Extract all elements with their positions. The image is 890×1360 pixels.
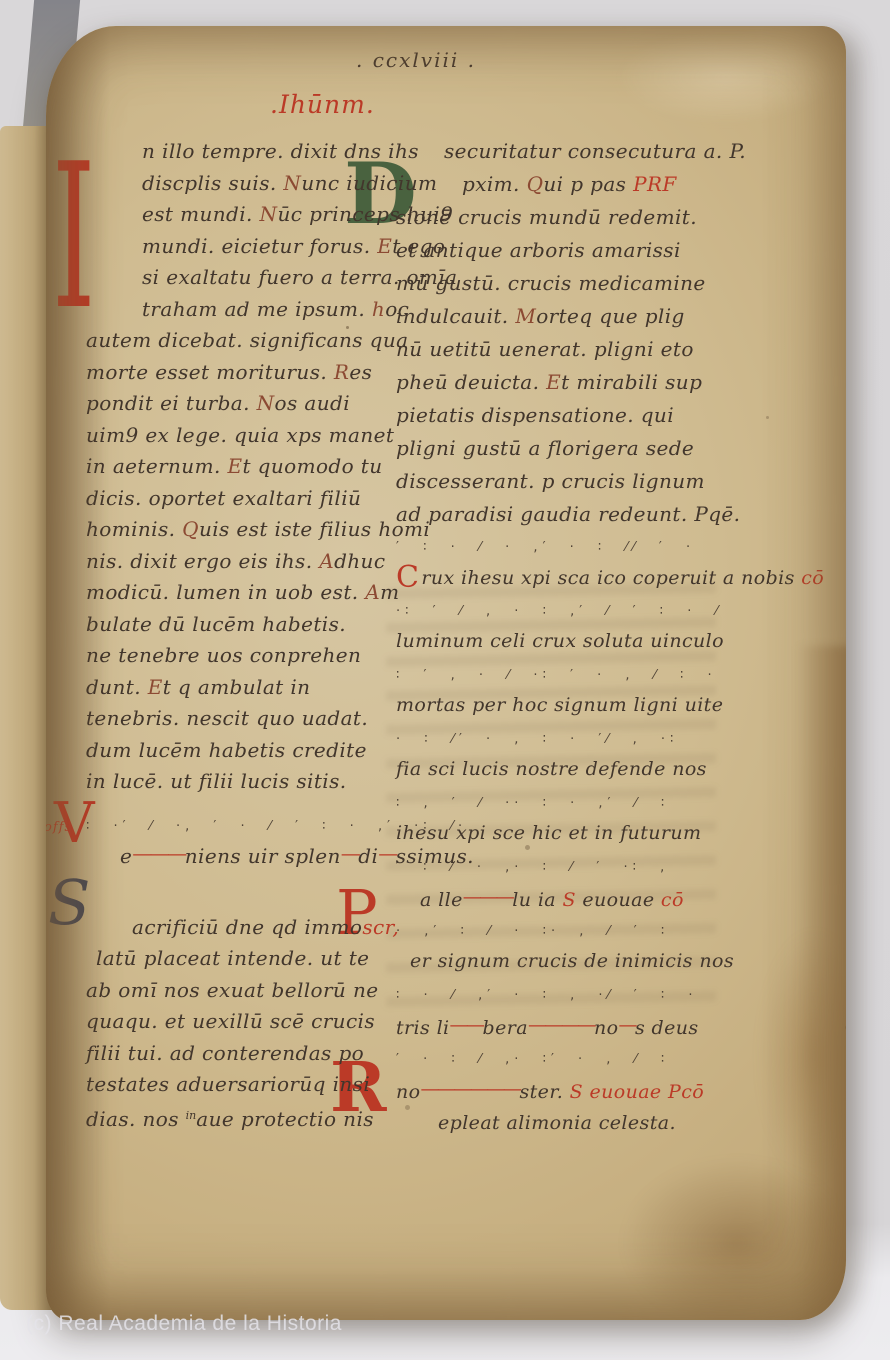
text-line: sionē crucis mundū redemit. bbox=[396, 202, 726, 235]
right-text-column: securitatur consecutura a. P.pxim. Qui p… bbox=[396, 136, 726, 1142]
manuscript-page: . ccxlviii . .Ihūnm. I V S D P R offs n … bbox=[46, 26, 846, 1320]
text-line: acrificiū dne qd immoscr, bbox=[86, 912, 418, 944]
neume-line: ′ ∶ · ⁄ · ,′ · ∶ ⁄⁄ ′ · bbox=[396, 532, 726, 562]
neume-line: ∶ ·′ ⁄ ·, ′ · ⁄ ′ ∶ · ,′ ·∶ ⁄· bbox=[86, 812, 418, 838]
text-line: est mundi. Nūc princeps hui9 bbox=[86, 199, 418, 231]
text-line: dicis. oportet exaltari filiū bbox=[86, 483, 418, 515]
text-line: ne tenebre uos conprehen bbox=[86, 640, 418, 672]
text-line: er signum crucis de inimicis nos bbox=[396, 946, 726, 980]
text-line: si exaltatu fuero a terra. omīa bbox=[86, 262, 418, 294]
photo-background: . ccxlviii . .Ihūnm. I V S D P R offs n … bbox=[0, 0, 890, 1360]
text-line: ab omī nos exuat bellorū ne bbox=[86, 975, 418, 1007]
text-line: luminum celi crux soluta uinculo bbox=[396, 626, 726, 660]
text-line: discplis suis. Nunc iudicium bbox=[86, 168, 418, 200]
text-line: no——————ster. S euouae Pcō bbox=[396, 1074, 726, 1108]
neume-line: ∶ · ⁄ ,′ · ∶ , ·⁄ ′ ∶ · bbox=[396, 980, 726, 1010]
text-line: pietatis dispensatione. qui bbox=[396, 400, 726, 433]
text-line: nū uetitū uenerat. pligni eto bbox=[396, 334, 726, 367]
neume-line: · ∶ ⁄′ · , ∶ · ′⁄ , ·∶ bbox=[396, 724, 726, 754]
neume-line: ∶ , ′ ⁄ ·· ∶ · ,′ ⁄ ∶ bbox=[396, 788, 726, 818]
neume-line: · ,′ ∶ ⁄ · ∶· , ⁄ ′ ∶ bbox=[396, 916, 726, 946]
text-line: quaqu. et uexillū scē crucis bbox=[86, 1006, 418, 1038]
text-line: modicū. lumen in uob est. Am bbox=[86, 577, 418, 609]
text-line: in lucē. ut filii lucis sitis. bbox=[86, 766, 418, 798]
corner-highlight bbox=[616, 32, 836, 122]
text-line bbox=[86, 798, 418, 812]
parchment-stain bbox=[736, 876, 846, 1236]
text-line: uim9 ex lege. quia xps manet bbox=[86, 420, 418, 452]
text-line: hominis. Quis est iste filius homi bbox=[86, 514, 418, 546]
folio-number: . ccxlviii . bbox=[286, 48, 546, 72]
text-line: mortas per hoc signum ligni uite bbox=[396, 690, 726, 724]
text-line: mundi. eicietur forus. Et ego bbox=[86, 231, 418, 263]
neume-line: ∶ ′ , · ⁄ ·∶ ′ · , ⁄ ∶ · bbox=[396, 660, 726, 690]
text-line: a lle———lu ia S euouae cō bbox=[396, 882, 726, 916]
text-line: tenebris. nescit quo uadat. bbox=[86, 703, 418, 735]
neume-line: ′ · ∶ ⁄ ,· ∶′ · , ⁄ ∶ bbox=[396, 1044, 726, 1074]
edge-browning bbox=[796, 646, 846, 1320]
text-line: nis. dixit ergo eis ihs. Adhuc bbox=[86, 546, 418, 578]
text-line: discesserant. p crucis lignum bbox=[396, 466, 726, 499]
text-line: fia sci lucis nostre defende nos bbox=[396, 754, 726, 788]
neume-line: ′ ∶ ⁄ · ,· ∶ ⁄ ′ ·∶ , bbox=[396, 852, 726, 882]
text-line: testates aduersariorūq insi bbox=[86, 1069, 418, 1101]
text-line: n illo tempre. dixit dns ihs bbox=[86, 136, 418, 168]
rubric-heading: .Ihūnm. bbox=[270, 90, 375, 119]
text-line: morte esset moriturus. Res bbox=[86, 357, 418, 389]
text-line: mū gustū. crucis medicamine bbox=[396, 268, 726, 301]
text-line: et antique arboris amarissi bbox=[396, 235, 726, 268]
initial-S-sacrificium: S bbox=[48, 872, 90, 934]
text-line: epleat alimonia celesta. bbox=[396, 1108, 726, 1142]
neume-line: ·∶ ′ ⁄ , · ∶ ,′ ⁄ ′ ∶ · ⁄ bbox=[396, 596, 726, 626]
text-line: dum lucēm habetis credite bbox=[86, 735, 418, 767]
text-line: Crux ihesu xpi sca ico coperuit a nobis … bbox=[396, 562, 726, 596]
text-line: e———niens uir splen—di—ssimus. bbox=[86, 838, 418, 872]
text-line: traham ad me ipsum. hoc bbox=[86, 294, 418, 326]
text-line: pondit ei turba. Nos audi bbox=[86, 388, 418, 420]
text-line: pligni gustū a florigera sede bbox=[396, 433, 726, 466]
left-text-column: n illo tempre. dixit dns ihsdiscplis sui… bbox=[86, 136, 418, 1132]
text-line: pheū deuicta. Et mirabili sup bbox=[396, 367, 726, 400]
text-line: dunt. Et q ambulat in bbox=[86, 672, 418, 704]
text-line: securitatur consecutura a. P. bbox=[396, 136, 726, 169]
text-line: filii tui. ad conterendas po bbox=[86, 1038, 418, 1070]
copyright-watermark: (c) Real Academia de la Historia bbox=[26, 1312, 342, 1336]
text-line: bulate dū lucēm habetis. bbox=[86, 609, 418, 641]
offertory-marginal-note: offs bbox=[46, 820, 72, 835]
text-line: dias. nos inaue protectio nis bbox=[86, 1101, 418, 1133]
text-line bbox=[86, 872, 418, 912]
text-line: pxim. Qui p pas PRF bbox=[396, 169, 726, 202]
text-line: ad paradisi gaudia redeunt. Pqē. bbox=[396, 499, 726, 532]
text-line: latū placeat intende. ut te bbox=[86, 943, 418, 975]
text-line: indulcauit. Morteq que plig bbox=[396, 301, 726, 334]
corner-stain bbox=[622, 1158, 846, 1320]
text-line: ihesu xpi sce hic et in futurum bbox=[396, 818, 726, 852]
text-line: tris li——bera————no—s deus bbox=[396, 1010, 726, 1044]
text-line: autem dicebat. significans qua bbox=[86, 325, 418, 357]
text-line: in aeternum. Et quomodo tu bbox=[86, 451, 418, 483]
